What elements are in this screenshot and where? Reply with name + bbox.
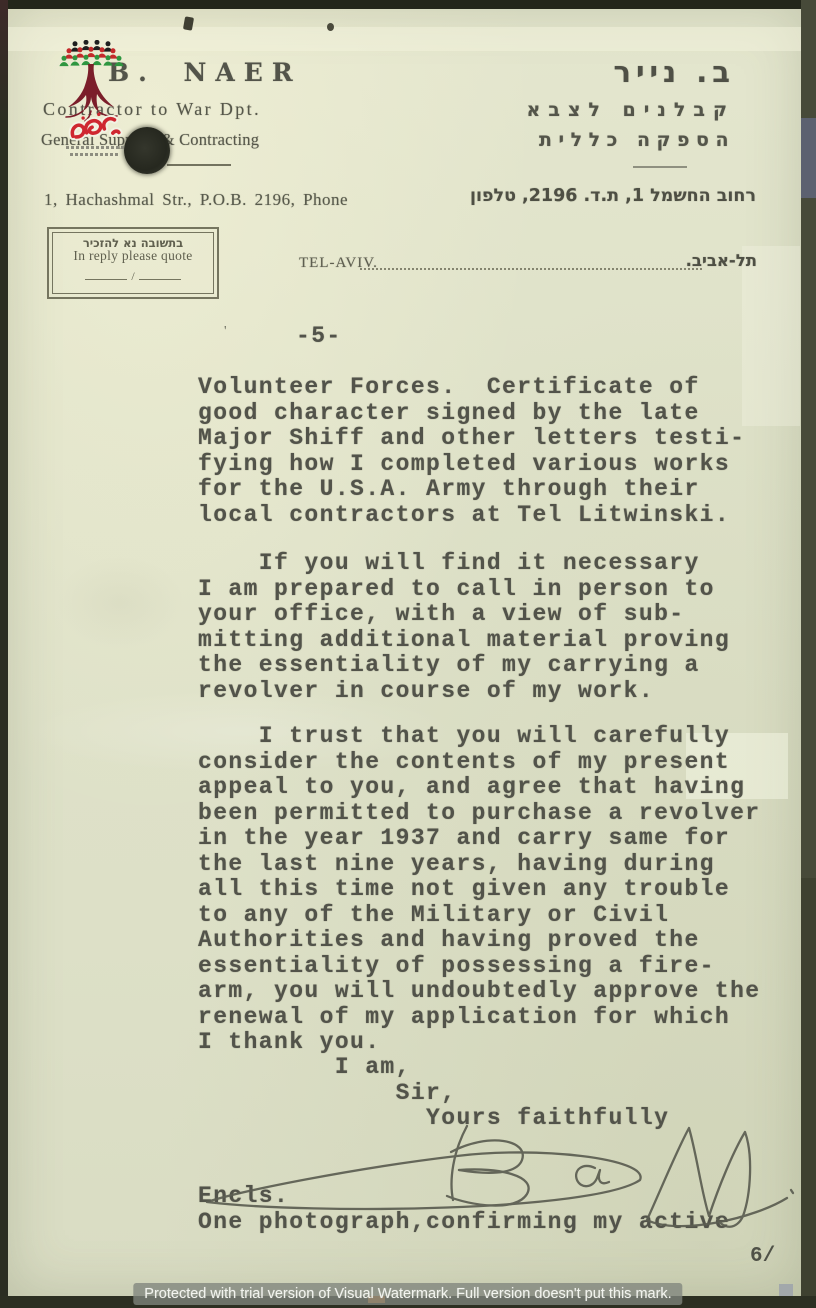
fill-line-slash: / <box>131 269 134 283</box>
body-paragraph-2: If you will find it necessary I am prepa… <box>198 551 730 704</box>
logo-small-print-line <box>66 146 124 149</box>
reply-reference-box-inner: בתשובה נא להזכיר In reply please quote / <box>52 232 214 294</box>
signature-flourish <box>195 1118 800 1243</box>
address-en: 1, Hachashmal Str., P.O.B. 2196, Phone <box>44 190 348 210</box>
address-he: רחוב החשמל 1, ת.ד. 2196, טלפון <box>470 186 756 206</box>
fill-line-segment <box>139 269 181 280</box>
body-paragraph-3: I trust that you will carefully consider… <box>198 724 760 1056</box>
date-dotted-line <box>360 253 702 270</box>
reply-box-text-en: In reply please quote <box>53 248 213 264</box>
letterhead-divider-right <box>633 166 687 168</box>
stray-mark: ' <box>224 324 227 340</box>
scan-edge-top <box>0 0 816 9</box>
scanned-letter-page: B. NAER Contractor to War Dpt. General S… <box>0 0 816 1308</box>
scan-speck <box>327 23 334 31</box>
logo-small-print-line <box>70 153 120 156</box>
city-label-he: תל-אביב. <box>686 251 757 270</box>
company-name-he: ב. נייר <box>614 55 735 89</box>
fill-line-segment <box>85 269 127 280</box>
page-number-top: -5- <box>296 324 342 350</box>
punch-hole <box>124 127 170 174</box>
company-tagline2-he: הספקה כללית <box>539 129 735 151</box>
scan-edge-left <box>0 0 8 1308</box>
reply-box-fill-line: / <box>53 269 213 284</box>
visual-watermark-banner: Protected with trial version of Visual W… <box>133 1283 682 1305</box>
letterhead-divider-left <box>167 164 231 166</box>
reply-reference-box: בתשובה נא להזכיר In reply please quote / <box>47 227 219 299</box>
scan-edge-segment <box>801 118 816 198</box>
page-number-bottom: 6/ <box>750 1245 775 1268</box>
scan-edge-segment <box>801 878 816 1308</box>
tree-trunk <box>68 64 114 112</box>
body-paragraph-1: Volunteer Forces. Certificate of good ch… <box>198 375 745 528</box>
scan-edge-right <box>801 0 816 1308</box>
hawiya-arabic-calligraphy <box>64 105 123 147</box>
company-tagline1-he: קבלנים לצבא <box>527 99 735 121</box>
company-name-en: B. NAER <box>108 58 302 87</box>
